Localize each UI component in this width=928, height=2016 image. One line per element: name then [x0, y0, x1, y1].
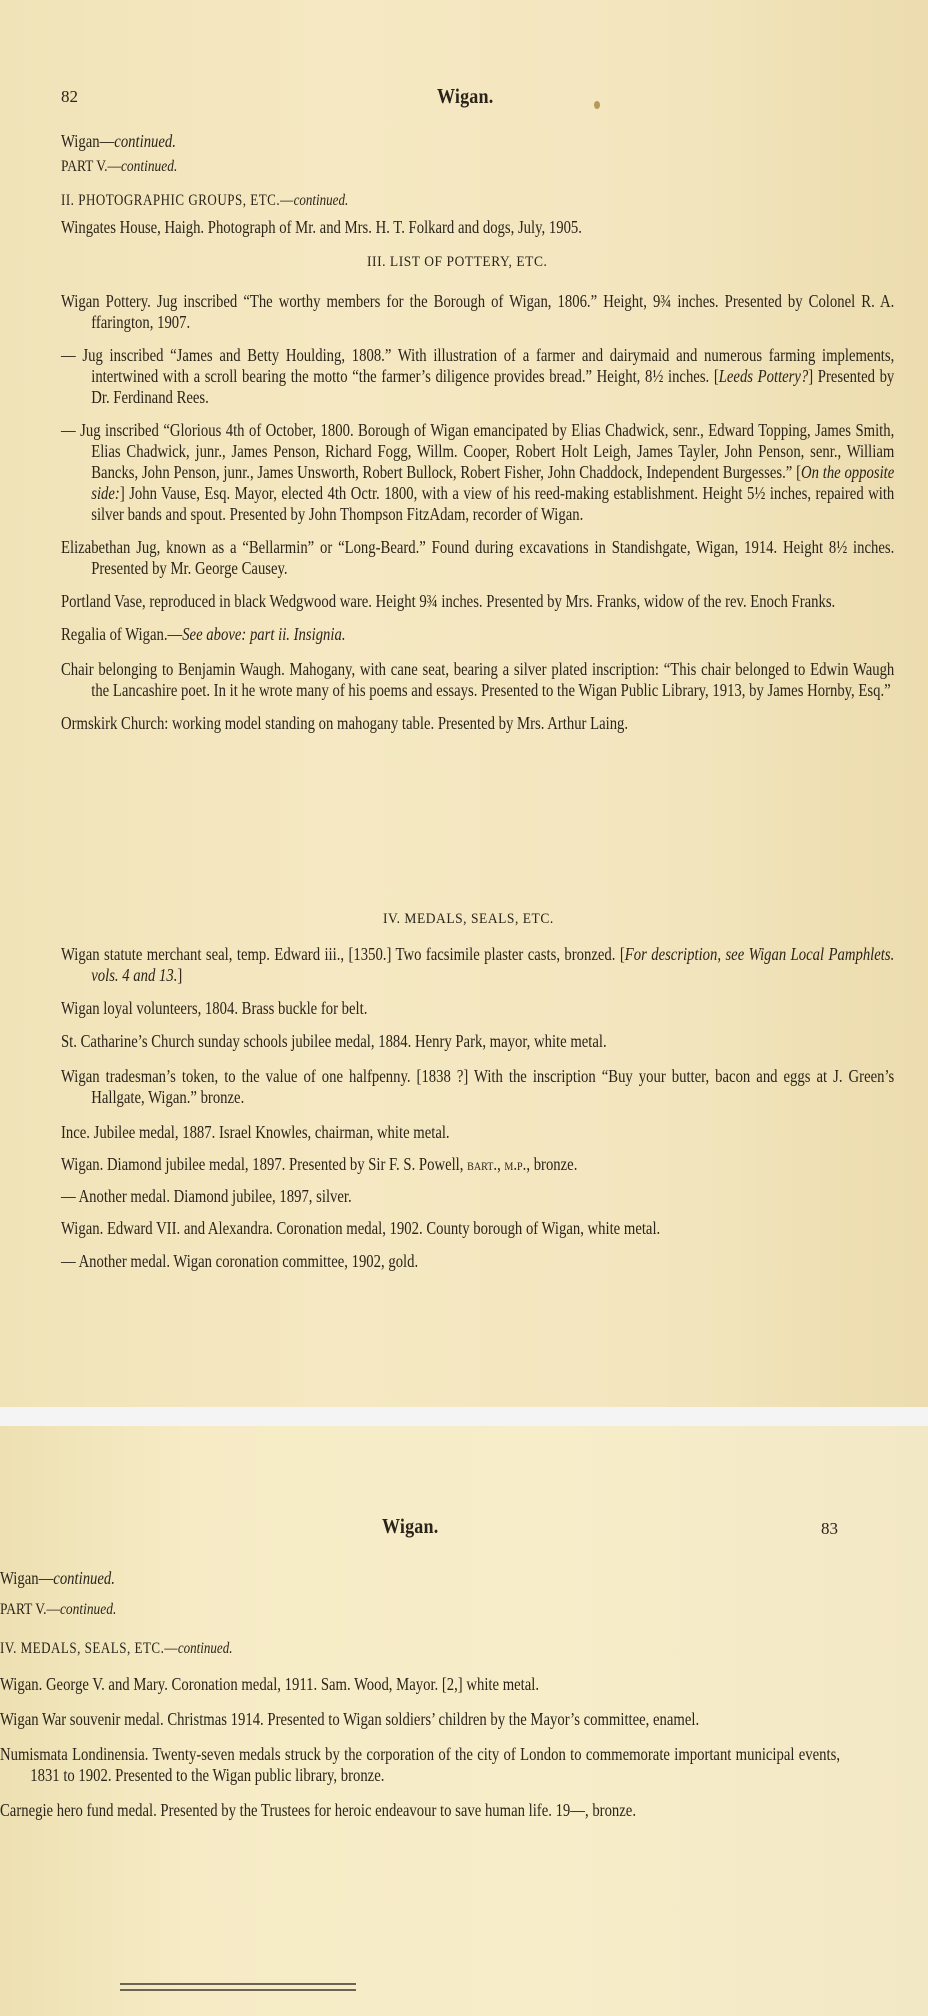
pottery-list: Wigan Pottery. Jug inscribed “The worthy…: [61, 291, 894, 734]
list-item: Wigan. Diamond jubilee medal, 1897. Pres…: [61, 1154, 894, 1175]
list-item: Wigan War souvenir medal. Christmas 1914…: [0, 1709, 840, 1730]
page-82: 82 Wigan. Wigan—continued. PART V.—conti…: [0, 0, 928, 1407]
medals-list: Wigan statute merchant seal, temp. Edwar…: [61, 944, 894, 1272]
subsection-heading: IV. MEDALS, SEALS, ETC.—continued.: [0, 1639, 232, 1660]
continued-heading: Wigan—continued.: [0, 1568, 115, 1589]
heading-main: IV. MEDALS, SEALS, ETC.—: [0, 1640, 178, 1657]
list-item: Regalia of Wigan.—See above: part ii. In…: [61, 624, 894, 645]
list-item: Numismata Londinensia. Twenty-seven meda…: [0, 1744, 840, 1786]
subsection-heading: II. PHOTOGRAPHIC GROUPS, ETC.—continued.: [61, 191, 348, 212]
double-rule-top: [120, 1983, 356, 1985]
list-item: — Jug inscribed “James and Betty Houldin…: [61, 345, 894, 408]
list-item: Wigan. George V. and Mary. Coronation me…: [0, 1674, 840, 1695]
heading-main: Wigan—: [0, 1568, 53, 1588]
heading-main: Wigan—: [61, 131, 114, 151]
list-item: — Another medal. Wigan coronation commit…: [61, 1251, 894, 1272]
list-item: Carnegie hero fund medal. Presented by t…: [0, 1800, 840, 1821]
part-heading: PART V.—continued.: [0, 1600, 116, 1621]
list-item: — Jug inscribed “Glorious 4th of October…: [61, 420, 894, 525]
list-item: Wigan statute merchant seal, temp. Edwar…: [61, 944, 894, 986]
list-item: St. Catharine’s Church sunday schools ju…: [61, 1031, 894, 1052]
list-item: Wigan Pottery. Jug inscribed “The worthy…: [61, 291, 894, 333]
continued-heading: Wigan—continued.: [61, 131, 176, 152]
photo-entry: Wingates House, Haigh. Photograph of Mr.…: [61, 217, 582, 238]
list-item: — Another medal. Diamond jubilee, 1897, …: [61, 1186, 894, 1207]
heading-italic: continued.: [114, 131, 176, 151]
medals-list: Wigan. George V. and Mary. Coronation me…: [0, 1674, 840, 1821]
list-item: Ormskirk Church: working model standing …: [61, 713, 894, 734]
heading-main: PART V.—: [0, 1601, 60, 1618]
heading-italic: continued.: [60, 1601, 116, 1618]
heading-italic: continued.: [121, 158, 177, 175]
list-item: Ince. Jubilee medal, 1887. Israel Knowle…: [61, 1122, 894, 1143]
section-iv-heading: IV. MEDALS, SEALS, ETC.: [383, 911, 554, 928]
list-item: Chair belonging to Benjamin Waugh. Mahog…: [61, 659, 894, 701]
heading-italic: continued.: [53, 1568, 115, 1588]
paper-speck: [594, 101, 600, 109]
running-head: Wigan.: [382, 1514, 438, 1539]
page-83: Wigan. 83 Wigan—continued. PART V.—conti…: [0, 1426, 928, 2016]
heading-italic: continued.: [178, 1640, 233, 1657]
list-item: Wigan. Edward VII. and Alexandra. Corona…: [61, 1218, 894, 1239]
page-number: 83: [821, 1519, 838, 1539]
list-item: Elizabethan Jug, known as a “Bellarmin” …: [61, 537, 894, 579]
double-rule-bottom: [120, 1989, 356, 1991]
list-item: Wigan tradesman’s token, to the value of…: [61, 1066, 894, 1108]
running-head: Wigan.: [437, 84, 493, 109]
page-number: 82: [61, 87, 78, 107]
heading-main: PART V.—: [61, 158, 121, 175]
heading-italic: continued.: [294, 192, 349, 209]
heading-main: II. PHOTOGRAPHIC GROUPS, ETC.—: [61, 192, 294, 209]
list-item: Portland Vase, reproduced in black Wedgw…: [61, 591, 894, 612]
part-heading: PART V.—continued.: [61, 157, 177, 178]
list-item: Wigan loyal volunteers, 1804. Brass buck…: [61, 998, 894, 1019]
section-iii-heading: III. LIST OF POTTERY, ETC.: [367, 254, 547, 271]
